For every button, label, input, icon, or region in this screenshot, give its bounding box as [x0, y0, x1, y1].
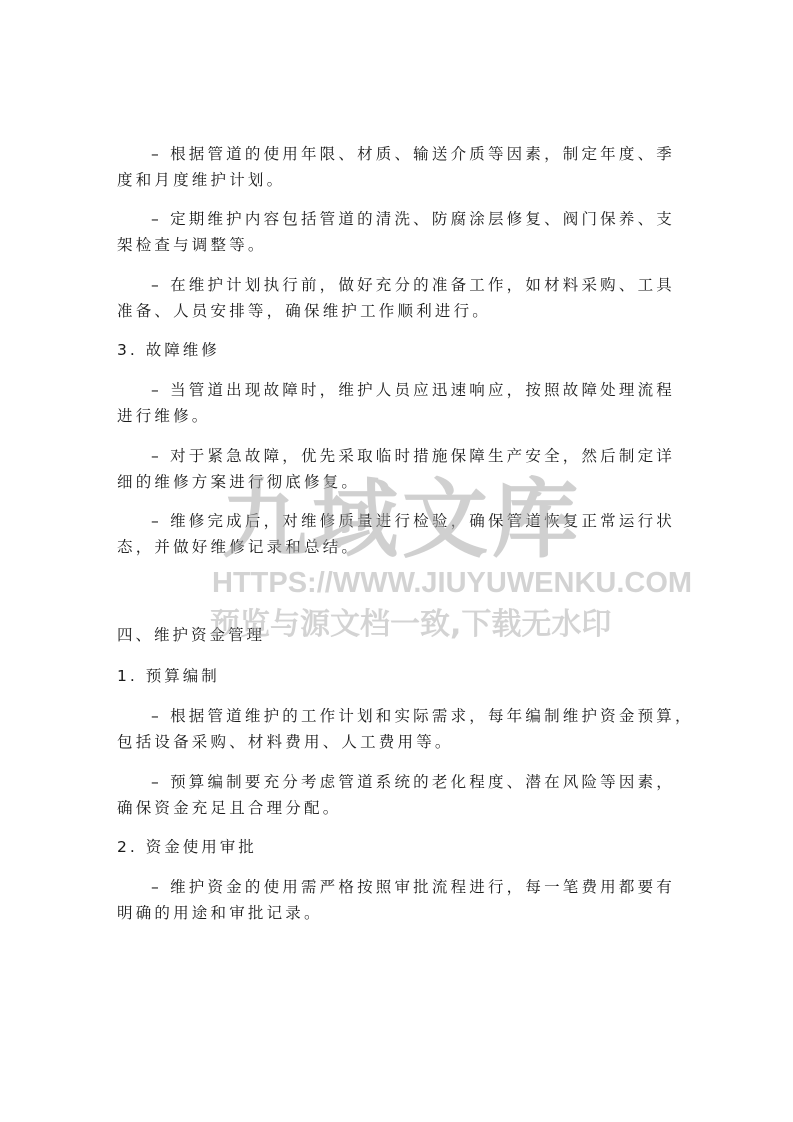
heading-section-four-funding: 四、维护资金管理 [117, 622, 265, 648]
paragraph-maintenance-plan-factors: – 根据管道的使用年限、材质、输送介质等因素，制定年度、季 度和月度维护计划。 [117, 141, 677, 193]
paragraph-repair-inspection: – 维修完成后，对维修质量进行检验，确保管道恢复正常运行状 态，并做好维修记录和… [117, 508, 677, 560]
paragraph-budget-considerations: – 预算编制要充分考虑管道系统的老化程度、潜在风险等因素， 确保资金充足且合理分… [117, 769, 677, 821]
heading-budget-preparation: 1. 预算编制 [117, 663, 220, 689]
paragraph-fault-response: – 当管道出现故障时，维护人员应迅速响应，按照故障处理流程 进行维修。 [117, 377, 677, 429]
heading-fault-repair: 3. 故障维修 [117, 337, 220, 363]
paragraph-annual-budget: – 根据管道维护的工作计划和实际需求，每年编制维护资金预算， 包括设备采购、材料… [117, 703, 677, 755]
paragraph-emergency-fault: – 对于紧急故障，优先采取临时措施保障生产安全，然后制定详 细的维修方案进行彻底… [117, 443, 677, 495]
paragraph-preparation: – 在维护计划执行前，做好充分的准备工作，如材料采购、工具 准备、人员安排等，确… [117, 272, 677, 324]
paragraph-maintenance-content: – 定期维护内容包括管道的清洗、防腐涂层修复、阀门保养、支 架检查与调整等。 [117, 206, 677, 258]
heading-fund-approval: 2. 资金使用审批 [117, 834, 257, 860]
paragraph-approval-process: – 维护资金的使用需严格按照审批流程进行，每一笔费用都要有 明确的用途和审批记录… [117, 874, 677, 926]
document-page: – 根据管道的使用年限、材质、输送介质等因素，制定年度、季 度和月度维护计划。 … [0, 0, 793, 1122]
